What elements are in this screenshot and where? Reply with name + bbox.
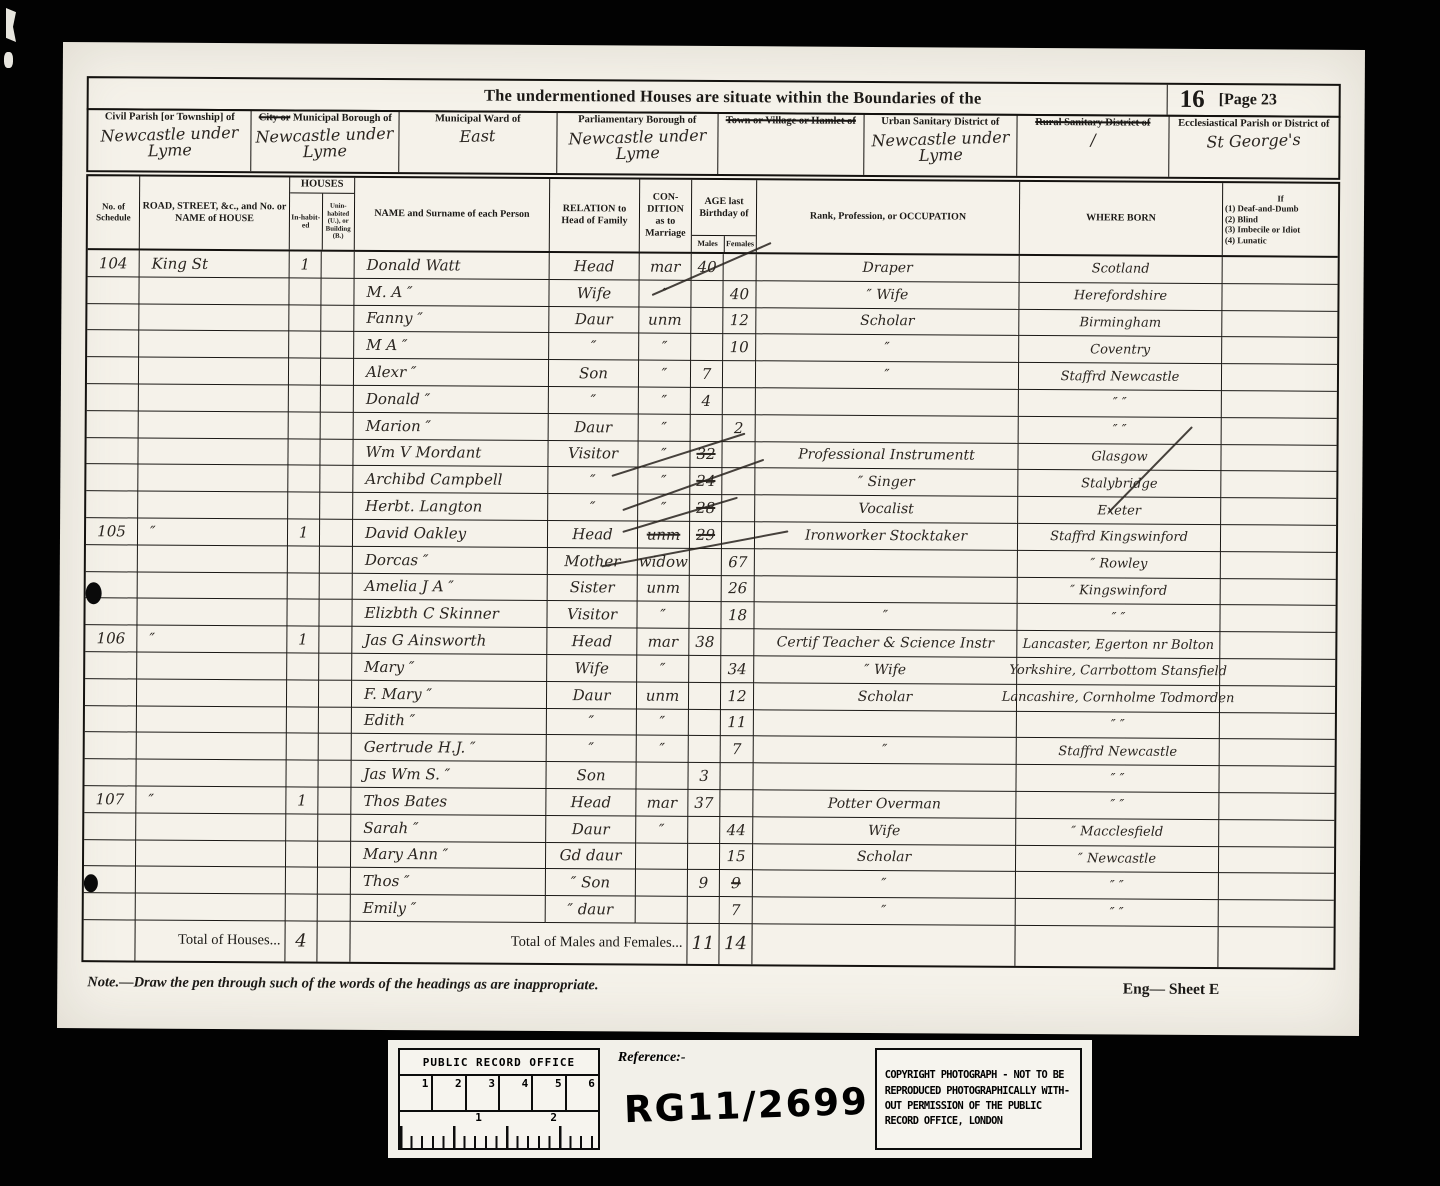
- cell-inhabited: 1: [287, 627, 319, 654]
- cell-male: [688, 897, 720, 924]
- cell-inhabited: [289, 305, 321, 332]
- cell-name: Sarah ″: [351, 815, 546, 843]
- pro-stamp: PUBLIC RECORD OFFICE 1 2 3 4 5 6 1 2 Ref…: [388, 1040, 1092, 1158]
- cell-born: ″ ″: [1017, 604, 1220, 632]
- cell-uninhabited: [321, 305, 354, 332]
- cell-infirmity: [1221, 525, 1336, 552]
- cell-infirmity: [1219, 900, 1334, 927]
- header-age: AGE last Birthday of Males Females: [692, 180, 757, 252]
- cell-name: Jas Wm S. ″: [351, 761, 546, 789]
- cell-born: Scotland: [1020, 256, 1223, 284]
- cell-male: [688, 843, 720, 870]
- cell-uninhabited: [321, 359, 354, 386]
- cell-born: ″ Macclesfield: [1016, 819, 1219, 847]
- cell-name: Archibd Campbell: [353, 466, 548, 494]
- cell-condition: ″: [639, 414, 691, 441]
- cell-occupation: [754, 710, 1017, 738]
- cell-name: Donald Watt: [355, 252, 550, 280]
- cell-infirmity: [1221, 579, 1336, 606]
- cell-born: ″ ″: [1019, 390, 1222, 418]
- cell-schedule: [85, 706, 137, 733]
- cell-schedule: 106: [85, 625, 137, 652]
- cell-condition: ″: [637, 656, 689, 683]
- cell-inhabited: [289, 278, 321, 305]
- totals-row: Total of Houses... 4 Total of Males and …: [83, 920, 1333, 968]
- header-houses: HOUSES In-habit-ed Unin-habited (U.), or…: [290, 177, 355, 249]
- cell-road: [139, 277, 289, 305]
- cell-male: [690, 575, 722, 602]
- ink-blot: [84, 874, 98, 892]
- cell-relation: ″ daur: [546, 896, 636, 923]
- cell-schedule: 107: [84, 786, 136, 813]
- cell-road: [136, 760, 286, 788]
- cell-name: Thos ″: [351, 868, 546, 896]
- cell-female: 12: [723, 308, 756, 335]
- cell-female: 40: [723, 281, 756, 308]
- cell-road: ″: [136, 786, 286, 814]
- cell-road: [138, 438, 288, 466]
- cell-name: David Oakley: [353, 520, 548, 548]
- district-rural-sanitary: Rural Sanitary District of /: [1017, 115, 1169, 177]
- cell-name: Mary ″: [352, 654, 547, 682]
- cell-infirmity: [1220, 686, 1335, 713]
- cell-male: [689, 683, 721, 710]
- cell-uninhabited: [320, 493, 353, 520]
- cell-name: M. A ″: [354, 279, 549, 307]
- cell-occupation: ″: [754, 603, 1017, 631]
- cell-occupation: ″ Singer: [755, 469, 1018, 497]
- cell-condition: mar: [636, 789, 688, 816]
- reference-value: RG11/2699: [623, 1080, 869, 1132]
- film-artifact: [6, 8, 16, 42]
- cell-infirmity: [1222, 311, 1337, 338]
- cell-relation: Visitor: [548, 441, 638, 468]
- cell-inhabited: [287, 680, 319, 707]
- photograph-background: The undermentioned Houses are situate wi…: [0, 0, 1440, 1186]
- cell-born: ″ ″: [1016, 765, 1219, 793]
- cell-female: 7: [720, 897, 753, 924]
- cell-road: [138, 572, 288, 600]
- cell-female: [724, 254, 757, 281]
- cell-male: 40: [692, 254, 724, 281]
- header-relation: RELATION to Head of Family: [550, 179, 640, 252]
- cell-female: 12: [721, 683, 754, 710]
- cell-uninhabited: [321, 412, 354, 439]
- cell-road: [136, 894, 286, 922]
- cell-relation: Daur: [549, 414, 639, 441]
- cell-infirmity: [1219, 873, 1334, 900]
- cell-born: ″ ″: [1016, 899, 1219, 927]
- cell-road: [139, 384, 289, 412]
- cell-born: ″ Rowley: [1018, 551, 1221, 579]
- cell-uninhabited: [321, 332, 354, 359]
- cell-occupation: ″: [753, 897, 1016, 925]
- pro-copyright: COPYRIGHT PHOTOGRAPH - NOT TO BE REPRODU…: [875, 1048, 1082, 1150]
- cell-inhabited: [289, 332, 321, 359]
- cell-road: [137, 706, 287, 734]
- cell-female: 9: [720, 870, 753, 897]
- cell-name: Donald ″: [354, 386, 549, 414]
- header-condition: CON-DITION as to Marriage: [640, 180, 692, 252]
- district-civil-parish: Civil Parish [or Township] of Newcastle …: [88, 109, 252, 171]
- cell-female: [720, 790, 753, 817]
- cell-born: Coventry: [1019, 336, 1222, 364]
- cell-born: ″ ″: [1016, 872, 1219, 900]
- cell-occupation: Scholar: [754, 683, 1017, 711]
- cell-condition: [636, 897, 688, 924]
- cell-road: King St: [140, 251, 290, 279]
- cell-female: 26: [722, 576, 755, 603]
- cell-inhabited: [288, 439, 320, 466]
- cell-born: ″ ″: [1019, 417, 1222, 445]
- cell-schedule: [87, 331, 139, 358]
- header-inhabited: In-habit-ed: [290, 193, 323, 250]
- header-where-born: WHERE BORN: [1020, 182, 1223, 255]
- cell-schedule: [87, 357, 139, 384]
- cell-schedule: 104: [88, 250, 140, 277]
- cell-condition: mar: [637, 629, 689, 656]
- cell-relation: Head: [550, 253, 640, 280]
- cell-uninhabited: [320, 520, 353, 547]
- cell-uninhabited: [320, 573, 353, 600]
- cell-schedule: [84, 759, 136, 786]
- total-males: 11: [687, 924, 719, 964]
- cell-born: Glasgow: [1018, 443, 1221, 471]
- cell-name: Marion ″: [354, 413, 549, 441]
- cell-road: [136, 813, 286, 841]
- page-number-box: 16 [Page 23: [1167, 85, 1339, 116]
- cell-uninhabited: [320, 466, 353, 493]
- cell-infirmity: [1219, 766, 1334, 793]
- district-value: East: [460, 128, 496, 145]
- district-header-row: Civil Parish [or Township] of Newcastle …: [86, 108, 1340, 180]
- district-parliamentary-borough: Parliamentary Borough of Newcastle under…: [557, 112, 719, 174]
- cell-condition: ″: [639, 388, 691, 415]
- cell-relation: Son: [546, 762, 636, 789]
- cell-relation: Daur: [549, 307, 639, 334]
- cell-relation: Head: [547, 628, 637, 655]
- cell-road: [136, 867, 286, 895]
- cell-condition: ″: [637, 736, 689, 763]
- cell-inhabited: [289, 385, 321, 412]
- cell-occupation: [755, 576, 1018, 604]
- cell-occupation: [755, 549, 1018, 577]
- cell-relation: Daur: [546, 816, 636, 843]
- cell-inhabited: [286, 895, 318, 922]
- cell-inhabited: [289, 412, 321, 439]
- cell-relation: Daur: [547, 682, 637, 709]
- header-road: ROAD, STREET, &c., and No. or NAME of HO…: [140, 177, 290, 250]
- census-table: No. of Schedule ROAD, STREET, &c., and N…: [81, 174, 1340, 970]
- cell-occupation: Draper: [757, 254, 1020, 282]
- cell-uninhabited: [321, 278, 354, 305]
- cell-schedule: [87, 304, 139, 331]
- cell-male: [689, 736, 721, 763]
- cell-occupation: Scholar: [756, 308, 1019, 336]
- sheet-label: Eng— Sheet E: [1123, 980, 1220, 999]
- district-value: Newcastle under Lyme: [557, 127, 718, 164]
- cell-infirmity: [1220, 632, 1335, 659]
- cell-occupation: ″: [756, 361, 1019, 389]
- cell-relation: Wife: [549, 280, 639, 307]
- cell-infirmity: [1221, 552, 1336, 579]
- cell-infirmity: [1220, 739, 1335, 766]
- ruler-number: 5: [533, 1076, 566, 1110]
- cell-occupation: [756, 415, 1019, 443]
- cell-inhabited: 1: [288, 519, 320, 546]
- header-infirmity: If (1) Deaf-and-Dumb (2) Blind (3) Imbec…: [1223, 183, 1338, 256]
- district-municipal-ward: Municipal Ward of East: [399, 111, 557, 173]
- cell-infirmity: [1220, 605, 1335, 632]
- cell-female: 10: [723, 334, 756, 361]
- cell-born: Stalybridge: [1018, 470, 1221, 498]
- cell-name: Amelia J A ″: [353, 573, 548, 601]
- cell-uninhabited: [319, 734, 352, 761]
- cell-road: [137, 652, 287, 680]
- cell-female: 7: [721, 736, 754, 763]
- cell-uninhabited: [318, 895, 351, 922]
- cell-road: [139, 304, 289, 332]
- cell-uninhabited: [322, 252, 355, 279]
- cell-inhabited: [286, 761, 318, 788]
- cell-relation: Head: [548, 521, 638, 548]
- cell-uninhabited: [319, 707, 352, 734]
- cell-condition: [636, 843, 688, 870]
- header-occupation: Rank, Profession, or OCCUPATION: [757, 180, 1020, 254]
- cell-condition: [636, 763, 688, 790]
- cell-male: [691, 307, 723, 334]
- cell-occupation: Scholar: [753, 844, 1016, 872]
- cell-inhabited: 1: [290, 251, 322, 278]
- cell-schedule: [87, 411, 139, 438]
- cell-male: 38: [689, 629, 721, 656]
- district-urban-sanitary: Urban Sanitary District of Newcastle und…: [864, 114, 1018, 176]
- cell-infirmity: [1222, 284, 1337, 311]
- cell-born: ″ ″: [1017, 711, 1220, 739]
- cell-relation: ″: [549, 333, 639, 360]
- cell-condition: ″: [637, 709, 689, 736]
- cell-occupation: ″: [753, 871, 1016, 899]
- pro-reference: Reference:- RG11/2699: [600, 1048, 875, 1150]
- district-municipal-borough: City or Municipal Borough of Newcastle u…: [252, 110, 400, 172]
- cell-road: [138, 545, 288, 573]
- cell-relation: ″: [549, 387, 639, 414]
- cell-inhabited: [287, 707, 319, 734]
- cell-relation: Visitor: [547, 601, 637, 628]
- cell-name: Gertrude H.J. ″: [352, 734, 547, 762]
- cell-male: [691, 281, 723, 308]
- cell-relation: Son: [549, 360, 639, 387]
- cell-condition: unm: [639, 307, 691, 334]
- cell-road: [137, 599, 287, 627]
- ruler-number: 1: [400, 1076, 433, 1110]
- cell-female: 34: [721, 656, 754, 683]
- cell-relation: ″ Son: [546, 869, 636, 896]
- cell-road: [138, 492, 288, 520]
- cell-uninhabited: [319, 680, 352, 707]
- cell-road: [137, 679, 287, 707]
- cell-schedule: [84, 840, 136, 867]
- cell-schedule: [86, 465, 138, 492]
- header-uninhabited: Unin-habited (U.), or Building (B.): [322, 193, 354, 250]
- cell-occupation: Ironworker Stocktaker: [755, 522, 1018, 550]
- cell-condition: ″: [636, 816, 688, 843]
- ruler-number: 2: [433, 1076, 466, 1110]
- cell-relation: Head: [546, 789, 636, 816]
- cell-infirmity: [1221, 445, 1336, 472]
- cell-condition: ″: [638, 468, 690, 495]
- district-town-village: Town or Village or Hamlet of: [718, 113, 864, 175]
- cell-uninhabited: [318, 814, 351, 841]
- cell-infirmity: [1219, 847, 1334, 874]
- cell-relation: Sister: [548, 575, 638, 602]
- cell-female: 67: [722, 549, 755, 576]
- cell-male: [689, 602, 721, 629]
- cell-infirmity: [1219, 793, 1334, 820]
- cell-occupation: [756, 388, 1019, 416]
- cell-infirmity: [1220, 659, 1335, 686]
- cell-condition: unm: [637, 682, 689, 709]
- cell-road: [138, 465, 288, 493]
- cell-inhabited: [286, 868, 318, 895]
- cell-born: ″ Newcastle: [1016, 845, 1219, 873]
- cell-male: [688, 817, 720, 844]
- cell-condition: [636, 870, 688, 897]
- table-body: 104King St1Donald WattHeadmar40DraperSco…: [84, 250, 1338, 928]
- cell-female: [722, 522, 755, 549]
- cell-road: [139, 411, 289, 439]
- cell-relation: Wife: [547, 655, 637, 682]
- district-value: Newcastle under Lyme: [252, 126, 399, 162]
- cell-inhabited: 1: [286, 787, 318, 814]
- cell-name: Thos Bates: [351, 788, 546, 816]
- page-ref: [Page 23: [1219, 91, 1277, 109]
- cell-road: [139, 331, 289, 359]
- cell-inhabited: [287, 734, 319, 761]
- cell-occupation: Certif Teacher & Science Instr: [754, 629, 1017, 657]
- cell-born: Yorkshire, Carrbottom Stansfield: [1017, 658, 1220, 686]
- cell-inhabited: [286, 841, 318, 868]
- cell-schedule: [86, 545, 138, 572]
- cell-road: ″: [137, 626, 287, 654]
- table-header: No. of Schedule ROAD, STREET, &c., and N…: [88, 176, 1338, 258]
- cell-name: Edith ″: [352, 707, 547, 735]
- cell-male: [691, 334, 723, 361]
- cell-name: Herbt. Langton: [353, 493, 548, 521]
- cell-road: [139, 358, 289, 386]
- total-houses-value: 4: [285, 921, 317, 961]
- district-value: /: [1090, 132, 1096, 148]
- cell-uninhabited: [321, 386, 354, 413]
- cell-uninhabited: [318, 868, 351, 895]
- cell-schedule: [85, 733, 137, 760]
- cell-condition: unm: [638, 575, 690, 602]
- cell-occupation: ″: [754, 737, 1017, 765]
- header-males: Males: [692, 236, 725, 252]
- cell-female: 15: [720, 844, 753, 871]
- cell-schedule: [87, 384, 139, 411]
- cell-condition: ″: [639, 361, 691, 388]
- cell-road: ″: [138, 518, 288, 546]
- cell-condition: ″: [639, 334, 691, 361]
- cell-female: [721, 629, 754, 656]
- cell-infirmity: [1222, 338, 1337, 365]
- sheet-footer: Note.—Draw the pen through such of the w…: [81, 974, 1335, 1000]
- cell-infirmity: [1219, 820, 1334, 847]
- cell-schedule: [86, 438, 138, 465]
- cell-male: 9: [688, 870, 720, 897]
- cell-uninhabited: [318, 761, 351, 788]
- cell-inhabited: [288, 466, 320, 493]
- cell-schedule: [86, 491, 138, 518]
- cell-name: Dorcas ″: [353, 547, 548, 575]
- cell-male: [690, 549, 722, 576]
- cell-born: Birmingham: [1019, 309, 1222, 337]
- cell-born: Lancaster, Egerton nr Bolton: [1017, 631, 1220, 659]
- cell-name: Jas G Ainsworth: [352, 627, 547, 655]
- cell-born: Staffrd Newcastle: [1019, 363, 1222, 391]
- cell-inhabited: [288, 573, 320, 600]
- cell-inhabited: [286, 814, 318, 841]
- cell-schedule: [85, 652, 137, 679]
- total-mf-label: Total of Males and Females...: [350, 922, 687, 964]
- cell-uninhabited: [320, 439, 353, 466]
- cell-born: Staffrd Newcastle: [1017, 738, 1220, 766]
- cell-condition: widow: [638, 548, 690, 575]
- cell-uninhabited: [318, 788, 351, 815]
- cell-infirmity: [1222, 391, 1337, 418]
- cell-born: Herefordshire: [1019, 283, 1222, 311]
- cell-road: [136, 840, 286, 868]
- cell-name: Elizbth C Skinner: [352, 600, 547, 628]
- cell-name: F. Mary ″: [352, 681, 547, 709]
- header-name: NAME and Surname of each Person: [355, 178, 550, 251]
- cell-male: [689, 709, 721, 736]
- cell-occupation: ″: [756, 335, 1019, 363]
- cell-uninhabited: [319, 600, 352, 627]
- cell-female: 18: [721, 602, 754, 629]
- cell-uninhabited: [319, 627, 352, 654]
- cell-uninhabited: [318, 841, 351, 868]
- pro-ruler: PUBLIC RECORD OFFICE 1 2 3 4 5 6 1 2: [398, 1048, 600, 1150]
- cell-infirmity: [1222, 418, 1337, 445]
- cell-male: [689, 656, 721, 683]
- cell-male: 24: [690, 468, 722, 495]
- cell-relation: ″: [547, 709, 637, 736]
- cell-name: Emily ″: [351, 895, 546, 923]
- ruler-number: 6: [567, 1076, 598, 1110]
- cell-born: Staffrd Kingswinford: [1018, 524, 1221, 552]
- cell-schedule: [84, 893, 136, 920]
- cell-infirmity: [1222, 364, 1337, 391]
- district-ecclesiastical: Ecclesiastical Parish or District of St …: [1169, 116, 1339, 178]
- cell-infirmity: [1220, 713, 1335, 740]
- cell-male: 7: [691, 361, 723, 388]
- ruler-number: 3: [467, 1076, 500, 1110]
- cell-born: ″ ″: [1016, 792, 1219, 820]
- cell-schedule: [85, 679, 137, 706]
- cell-inhabited: [289, 359, 321, 386]
- cell-name: Wm V Mordant: [353, 439, 548, 467]
- district-value: St George's: [1206, 132, 1301, 151]
- cell-name: Fanny ″: [354, 305, 549, 333]
- cell-male: 3: [688, 763, 720, 790]
- cell-female: 11: [721, 710, 754, 737]
- page-title: The undermentioned Houses are situate wi…: [89, 83, 1167, 110]
- cell-male: 4: [691, 388, 723, 415]
- cell-occupation: Vocalist: [755, 495, 1018, 523]
- cell-name: Mary Ann ″: [351, 841, 546, 869]
